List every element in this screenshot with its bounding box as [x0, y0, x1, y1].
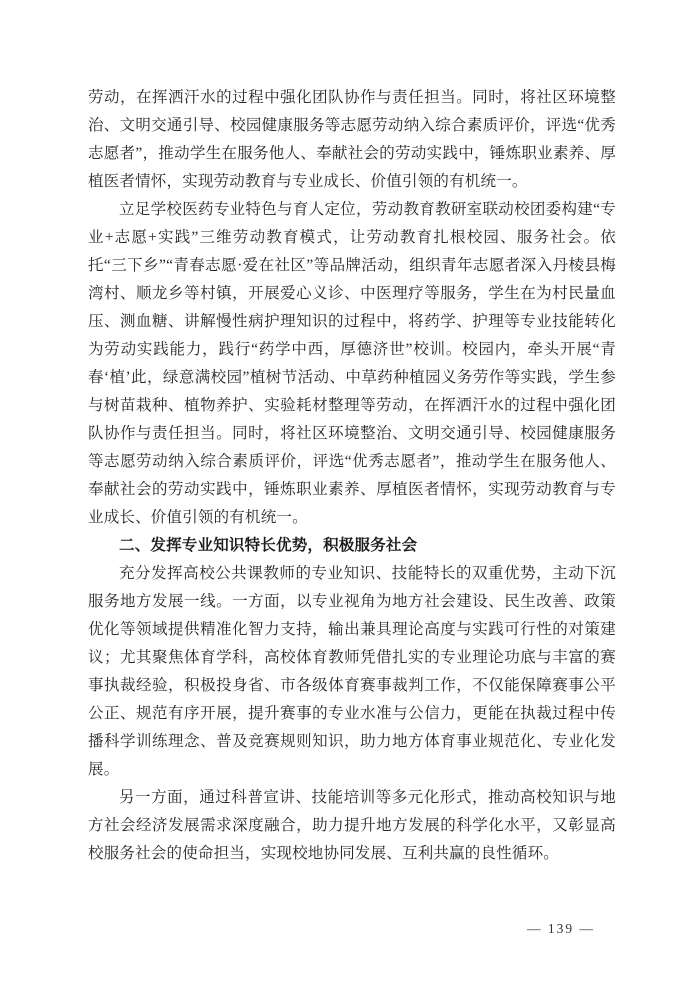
document-page: 劳动，在挥洒汗水的过程中强化团队协作与责任担当。同时，将社区环境整治、文明交通引…	[0, 0, 700, 989]
page-number: — 139 —	[527, 921, 595, 937]
paragraph-continuation: 劳动，在挥洒汗水的过程中强化团队协作与责任担当。同时，将社区环境整治、文明交通引…	[88, 84, 616, 196]
paragraph-labor-education: 立足学校医药专业特色与育人定位，劳动教育教研室联动校团委构建“专业+志愿+实践”…	[88, 196, 616, 532]
paragraph-knowledge-integration: 另一方面，通过科普宣讲、技能培训等多元化形式，推动高校知识与地方社会经济发展需求…	[88, 784, 616, 868]
paragraph-professional-service: 充分发挥高校公共课教师的专业知识、技能特长的双重优势，主动下沉服务地方发展一线。…	[88, 560, 616, 784]
text-block: 劳动，在挥洒汗水的过程中强化团队协作与责任担当。同时，将社区环境整治、文明交通引…	[88, 84, 616, 868]
section-heading: 二、发挥专业知识特长优势，积极服务社会	[88, 532, 616, 560]
